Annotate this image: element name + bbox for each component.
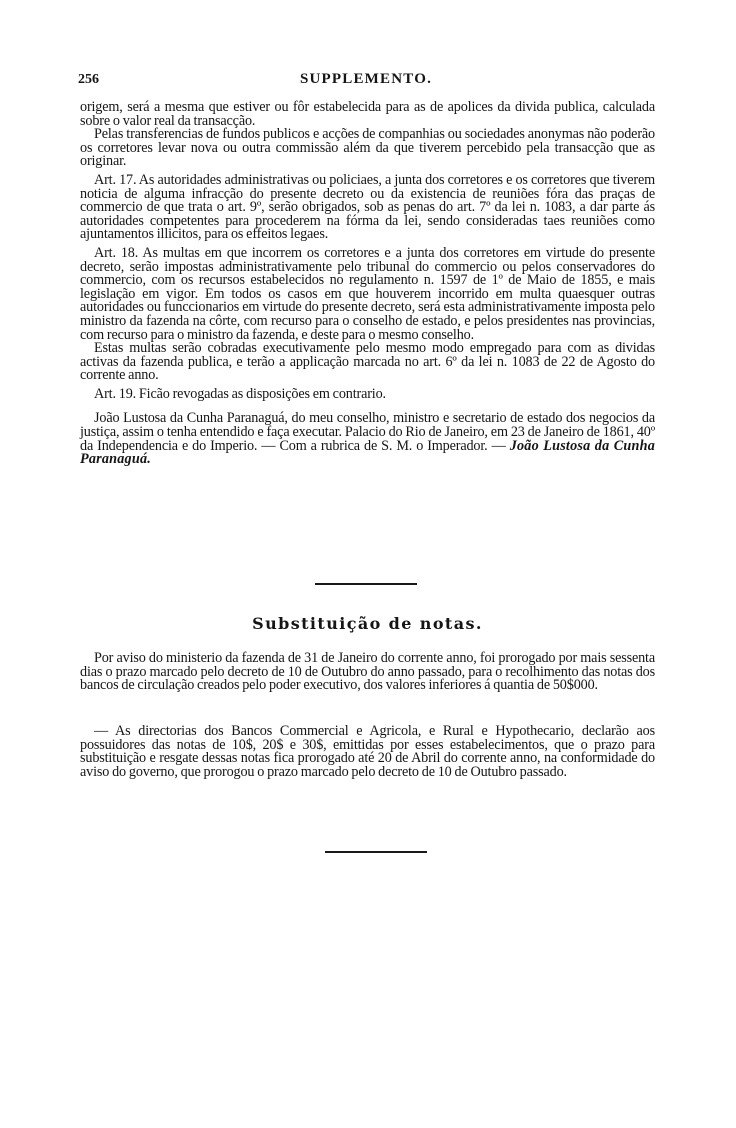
running-head: 256 SUPPLEMENTO. [78, 72, 654, 92]
paragraph-directorias: — As directorias dos Bancos Commercial e… [80, 725, 655, 779]
paragraph-transfers: Pelas transferencias de fundos publicos … [80, 128, 655, 169]
article-18: Art. 18. As multas em que incorrem os co… [80, 247, 655, 342]
section-paragraph-2: — As directorias dos Bancos Commercial e… [80, 725, 655, 779]
section-divider-top [315, 583, 417, 585]
section-paragraph-1: Por aviso do ministerio da fazenda de 31… [80, 652, 655, 693]
decree-text: origem, será a mesma que estiver ou fôr … [80, 101, 655, 467]
document-page: 256 SUPPLEMENTO. origem, será a mesma qu… [0, 0, 736, 1128]
article-17: Art. 17. As autoridades administrativas … [80, 174, 655, 242]
section-title: Substituição de notas. [80, 614, 655, 633]
running-title: SUPPLEMENTO. [78, 71, 654, 88]
article-19: Art. 19. Ficão revogadas as disposições … [80, 388, 655, 402]
paragraph-fines: Estas multas serão cobradas executivamen… [80, 342, 655, 383]
closing-paragraph: João Lustosa da Cunha Paranaguá, do meu … [80, 412, 655, 466]
paragraph-continuation: origem, será a mesma que estiver ou fôr … [80, 101, 655, 128]
paragraph-aviso: Por aviso do ministerio da fazenda de 31… [80, 652, 655, 693]
section-divider-bottom [325, 851, 427, 853]
